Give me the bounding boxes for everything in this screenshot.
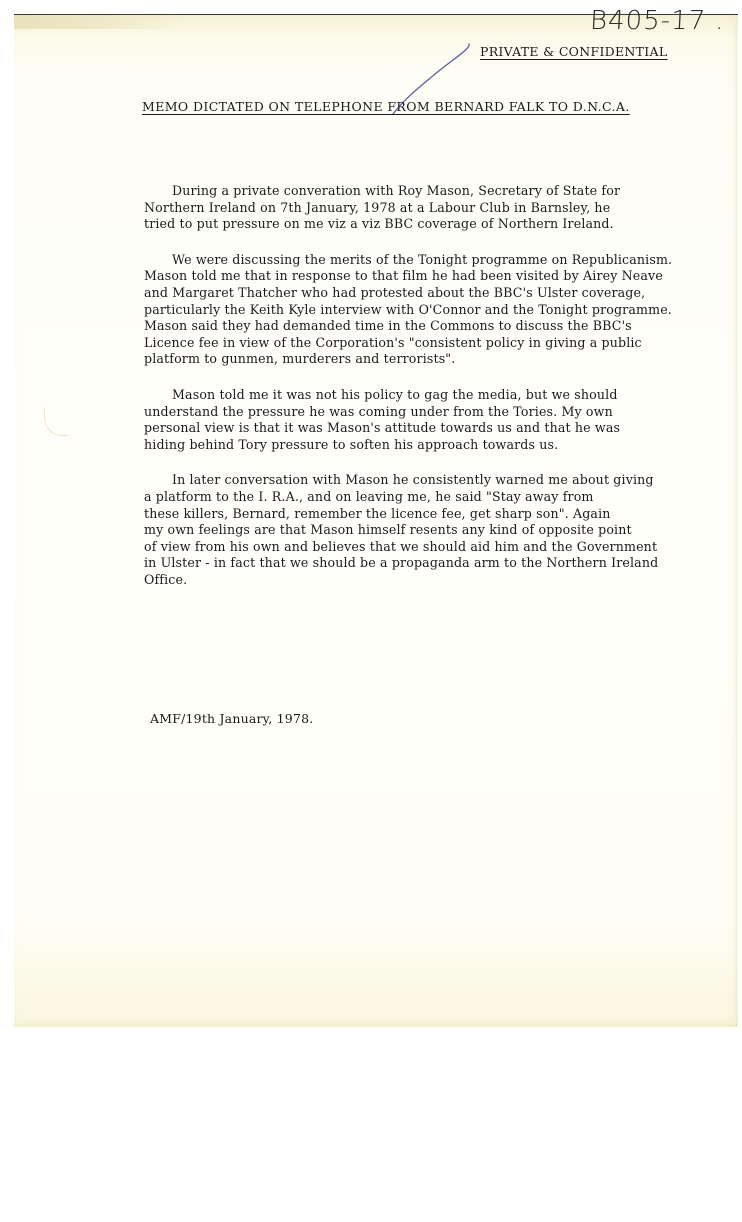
- handwritten-reference-number: B405-17 .: [589, 6, 725, 36]
- paper-crease-mark: [44, 407, 69, 436]
- classification-label: PRIVATE & CONFIDENTIAL: [480, 44, 667, 59]
- paper-fold-shade: [14, 15, 184, 29]
- memo-signoff: AMF/19th January, 1978.: [150, 711, 313, 726]
- memo-title: MEMO DICTATED ON TELEPHONE FROM BERNARD …: [142, 99, 630, 114]
- memo-body: During a private converation with Roy Ma…: [144, 183, 704, 607]
- memo-paragraph: Mason told me it was not his policy to g…: [144, 387, 704, 453]
- memo-paragraph: During a private converation with Roy Ma…: [144, 183, 704, 233]
- memo-paragraph: In later conversation with Mason he cons…: [144, 472, 704, 588]
- memo-paragraph: We were discussing the merits of the Ton…: [144, 252, 704, 368]
